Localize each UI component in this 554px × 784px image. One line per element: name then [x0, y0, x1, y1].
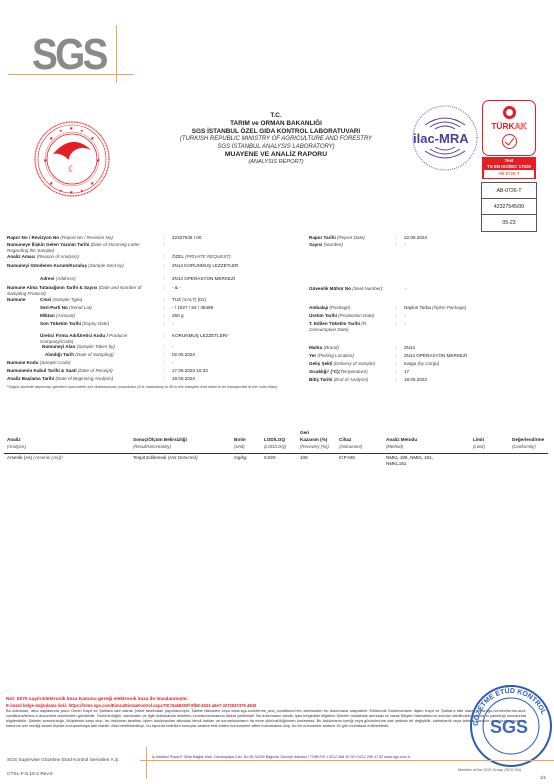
producer-value: KORUNMUŞ LEZZETLER/- [172, 333, 229, 339]
svg-text:★: ★ [59, 188, 63, 193]
col-result: Sonuç/Ölçüm Belirsizliği [133, 437, 187, 443]
cell-result: Tespit Edilemedi (Not Detected) [133, 455, 198, 461]
col-recovery: Kazanım (%) [300, 437, 327, 443]
logo-vertical-line [116, 25, 117, 83]
info-address: Adresi (Address) [40, 276, 76, 282]
info-expiry: Son Tüketim Tarihi (Expiry Date) [40, 321, 109, 327]
col-limit: Limit [473, 437, 484, 443]
report-header: T.C. TARIM ve ORMAN BAKANLIĞI SGS İSTANB… [110, 112, 442, 166]
cell-analysis: Arsenik (As) (Arsenic (As))¹ [7, 455, 63, 461]
delivery-value: Kargo (by Cargo) [404, 361, 439, 367]
accreditation-standard: Test TS EN ISO/IEC 17025 AB-0726-T [482, 157, 536, 179]
page-number: 1/2 [540, 775, 546, 780]
info-sample-code: Numune Kodu (Sample Code) [7, 360, 71, 366]
footer-company: SGS Supervise Gözetme Etüd Kontrol Servi… [7, 758, 120, 764]
company-stamp-icon: GÖZETME ETÜD KONTROL SGS [468, 683, 554, 769]
form-code: CTSL-F-5.10-2 Rev.0 [7, 772, 53, 778]
svg-text:☾: ☾ [68, 165, 76, 175]
info-reason: Analiz Amacı (Reason of Analysis) [7, 254, 79, 260]
info-location: Yer (Picking Location) [309, 353, 354, 359]
footer-member: Member of the SGS Group (SGS SA) [458, 768, 521, 773]
cell-method: NMKL 186, NMKL 191, [386, 455, 433, 461]
location-value: 2N14 OPERASYON MERKEZİ [404, 353, 467, 359]
info-sampling-date: Alındığı Tarih (Date of Sampling) [45, 352, 114, 358]
svg-text:★: ★ [80, 188, 84, 193]
sgs-logo: SGS [8, 25, 136, 85]
svg-text:★: ★ [90, 181, 95, 187]
amount-value: 260 g [172, 313, 184, 319]
footer-address: İş İstanbul Plaza E Girişi Bağlar Mah. O… [152, 755, 410, 760]
svg-text:★: ★ [59, 128, 63, 133]
info-number: Sayısı (Number) [309, 242, 343, 248]
info-amount: Miktarı (Amount) [40, 313, 75, 319]
info-report-no: Rapor No / Revizyon No (Report No / Revi… [7, 235, 113, 241]
info-temperature: Sıcaklığı¹ (°C)(Temperature) [309, 369, 368, 375]
report-number: 42327545/00 [482, 199, 536, 215]
sample-group-label: Numune [7, 297, 25, 303]
svg-text:★: ★ [80, 128, 84, 133]
sample-code-value: - [172, 360, 174, 366]
info-receipt-date: Numunenin Kabul Tarihi & Saati (Date of … [7, 368, 113, 374]
report-subtitle: (ANALYSIS REPORT) [110, 159, 442, 166]
sample-type-value: TUZ (SALT) (01) [172, 297, 206, 303]
header-laboratory-en: SGS İSTANBUL ANALYSIS LABORATORY) [110, 144, 442, 152]
col-conformity: Değerlendirme [512, 437, 544, 443]
address-value: 2N14 OPERASYON MERKEZİ [172, 276, 235, 282]
footer-horizontal-line [140, 760, 554, 761]
col-instrument: Cihaz [339, 437, 351, 443]
col-lod-loq: LOD/LOQ [264, 437, 285, 443]
info-sent-by: Numuneyi Gönderen Kurum/Kuruluş (Sample … [7, 263, 124, 269]
ministry-seal-icon: ★ ★ ★ ★ ★ ★ ★ ★ ★ ★ ★ ★ ☾ [33, 120, 111, 198]
cell-recovery: 108 [300, 455, 308, 461]
report-date-value: 22.05.2023 [404, 235, 427, 241]
header-tc: T.C. [110, 112, 442, 120]
report-no-value: 42327545 / 00 [172, 235, 201, 241]
end-of-analysis-value: 18.05.2023 [404, 377, 427, 383]
number-value: - [404, 242, 406, 248]
accreditation-code: AB-0726-T [484, 170, 534, 178]
svg-text:★: ★ [49, 181, 54, 187]
cell-lod-loq: 0.020 [264, 455, 276, 461]
info-brand: Marka (Brand) [309, 345, 339, 351]
info-sampling-protocol: Numune Alma Tutanağının Tarihi & Sayısı … [7, 285, 157, 296]
info-sample-type: Cinsi (Sample Type) [40, 297, 82, 303]
sampling-date-value: 02.05.2023 [172, 352, 195, 358]
col-analysis: Analiz [7, 437, 21, 443]
cell-method-line2: NMKL161 [386, 461, 406, 467]
svg-text:★: ★ [96, 158, 101, 164]
col-method: Analiz Metodu [386, 437, 417, 443]
cell-instrument: ICP-MS [339, 455, 355, 461]
svg-text:SGS: SGS [490, 717, 528, 737]
info-analysis-start: Analiz Başlama Tarihi (Date of Beginning… [7, 376, 113, 382]
analysis-start-value: 18.05.2023 [172, 376, 195, 382]
lab-code: AB-0726-T [482, 183, 536, 199]
info-sample-taken-by: Numuneyi Alan (Sample Taken by) [42, 344, 115, 350]
turkak-logo: TÜRKAK [482, 100, 536, 156]
footer-vertical-line [146, 747, 147, 779]
report-code-box: AB-0726-T 42327545/00 05-23 [481, 182, 537, 232]
info-incoming-letter: Numuneye İlişkin Gelen Yazının Tarihi (D… [7, 242, 157, 253]
brand-value: 2N14 [404, 345, 415, 351]
receipt-date-value: 17.05.2023 10:33 [172, 368, 208, 374]
ilac-mra-logo-icon: ilac-MRA [410, 103, 480, 173]
cold-chain-footnote: ¹Soğuk zincirde taşınması gereken numune… [7, 385, 278, 390]
package-value: Naylon Torba (Nylon Package) [404, 305, 466, 311]
cell-unit: mg/kg [234, 455, 247, 461]
info-report-date: Rapor Tarihi (Report Date) [309, 235, 365, 241]
table-header-divider [4, 453, 548, 454]
temperature-value: 17 [404, 369, 409, 375]
info-production-date: Üretim Tarihi (Production Date) [309, 313, 374, 319]
check-circle-icon [502, 134, 517, 149]
e-signature-note: Not: 5070 sayılı Elektronik İmza Kanunu … [6, 697, 526, 728]
svg-text:★: ★ [69, 190, 74, 196]
svg-text:ilac-MRA: ilac-MRA [413, 131, 469, 146]
col-recovery-top: Geri [300, 430, 309, 436]
reason-value: ÖZEL (PRIVATE REQUEST) [172, 254, 231, 260]
turkak-name: TÜRKAK [483, 121, 535, 132]
date-code: 05-23 [482, 215, 536, 231]
sample-taken-by-value: - [172, 344, 174, 350]
info-end-of-analysis: Bitiş Tarihi (End of Analysis) [309, 377, 368, 383]
crescent-icon [503, 106, 516, 119]
sent-by-value: 2N14 KORUNMUŞ LEZZETLER [172, 263, 238, 269]
info-seal-number: Güvenlik Mühür No (Seal Number): [309, 286, 384, 292]
info-serial-lot: Seri-Parti No (Serial-Lot) [40, 305, 92, 311]
info-producer: Üretici Firma Adı/Üretici Kodu / Produce… [40, 333, 130, 344]
expiry-value: - [172, 321, 174, 327]
header-laboratory: SGS İSTANBUL ÖZEL GIDA KONTROL LABORATUV… [110, 128, 442, 136]
header-ministry: TARIM ve ORMAN BAKANLIĞI [110, 120, 442, 128]
sampling-protocol-value: - & - [172, 285, 181, 291]
report-title: MUAYENE VE ANALİZ RAPORU [110, 151, 442, 159]
info-consumption-date: T. Edilen Tüketim Tarihi (R. Consumption… [309, 321, 393, 332]
header-ministry-en: (TURKISH REPUBLIC MINISTRY OF AGRICULTUR… [110, 136, 442, 144]
info-delivery: Geliş Şekli (Delivery of Sample) [309, 361, 375, 367]
col-unit: Birim [234, 437, 246, 443]
svg-text:★: ★ [90, 136, 95, 142]
svg-text:★: ★ [49, 136, 54, 142]
disclaimer-text: Bu doküman, arka sayfasında yazılı Genel… [6, 708, 526, 728]
consumption-date-value: - [404, 321, 406, 327]
production-date-value: - [404, 313, 406, 319]
svg-text:★: ★ [43, 158, 48, 164]
svg-text:★: ★ [69, 126, 74, 132]
seal-number-value: - [405, 286, 407, 292]
serial-lot-value: - / 1927 / 84 / 38499 [172, 305, 213, 311]
info-package: Ambalajı (Package) [309, 305, 350, 311]
